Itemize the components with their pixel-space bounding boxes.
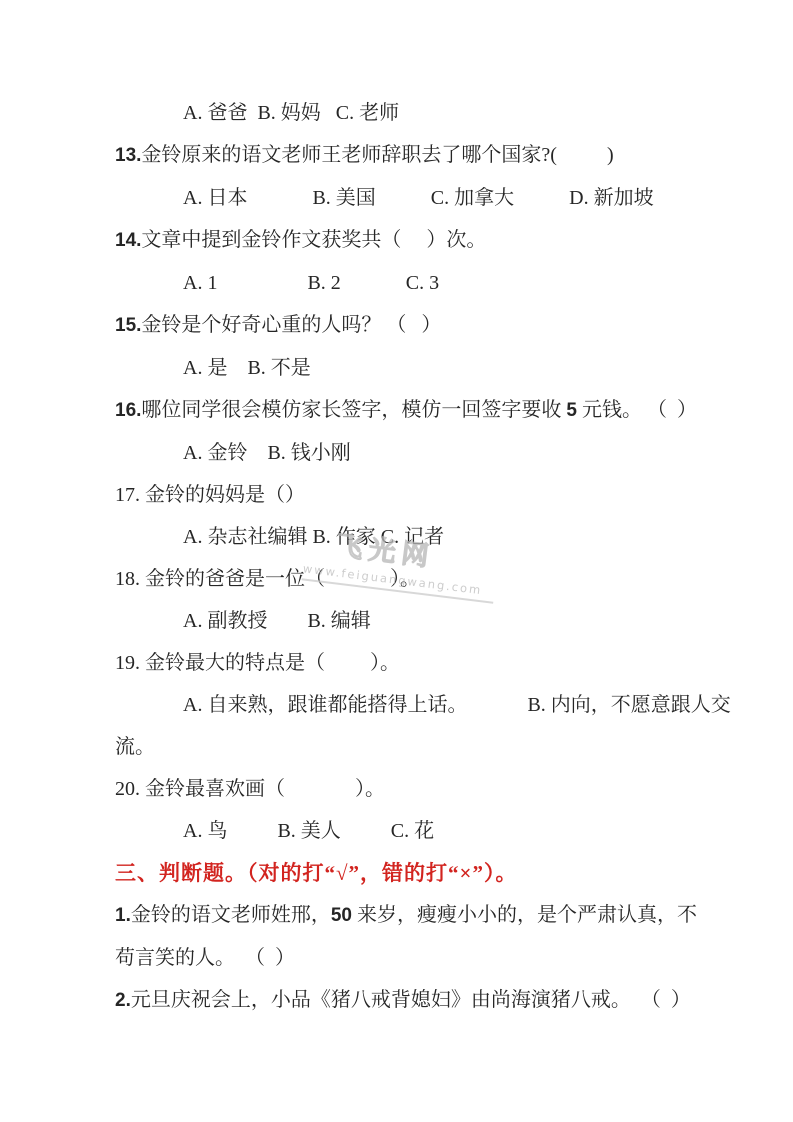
question-20: 20. 金铃最喜欢画（ ）。 [115,768,753,810]
question-18-options: A. 副教授 B. 编辑 [115,600,753,642]
question-16-options: A. 金铃 B. 钱小刚 [115,432,753,474]
question-20-options: A. 鸟 B. 美人 C. 花 [115,810,753,852]
question-14: 14.文章中提到金铃作文获奖共（ ）次。 [115,219,753,262]
section-heading-judgement: 三、判断题。（对的打“√”，错的打“×”）。 [115,852,753,894]
question-18: 18. 金铃的爸爸是一位（ ）。 [115,558,753,600]
question-14-options: A. 1 B. 2 C. 3 [115,262,753,304]
question-19: 19. 金铃最大的特点是（ ）。 [115,642,753,684]
question-13: 13.金铃原来的语文老师王老师辞职去了哪个国家?( ) [115,134,753,177]
question-17: 17. 金铃的妈妈是（） [115,474,753,516]
question-12-options: A. 爸爸 B. 妈妈 C. 老师 [115,92,753,134]
judgement-1-cont: 苟言笑的人。 （ ） [115,937,753,979]
question-19-options-cont: 流。 [115,726,753,768]
question-19-options: A. 自来熟，跟谁都能搭得上话。 B. 内向，不愿意跟人交 [115,684,753,726]
judgement-2: 2.元旦庆祝会上，小品《猪八戒背媳妇》由尚海演猪八戒。 （ ） [115,979,753,1022]
question-13-options: A. 日本 B. 美国 C. 加拿大 D. 新加坡 [115,177,753,219]
question-16: 16.哪位同学很会模仿家长签字，模仿一回签字要收 5 元钱。 （ ） [115,389,753,432]
question-15-options: A. 是 B. 不是 [115,347,753,389]
question-15: 15.金铃是个好奇心重的人吗？ （ ） [115,304,753,347]
question-17-options: A. 杂志社编辑 B. 作家 C. 记者 [115,516,753,558]
judgement-1: 1.金铃的语文老师姓邢，50 来岁，瘦瘦小小的，是个严肃认真，不 [115,894,753,937]
document-body: A. 爸爸 B. 妈妈 C. 老师13.金铃原来的语文老师王老师辞职去了哪个国家… [0,0,793,1022]
worksheet-page: 飞光网 www.feiguangwang.com A. 爸爸 B. 妈妈 C. … [0,0,793,1122]
